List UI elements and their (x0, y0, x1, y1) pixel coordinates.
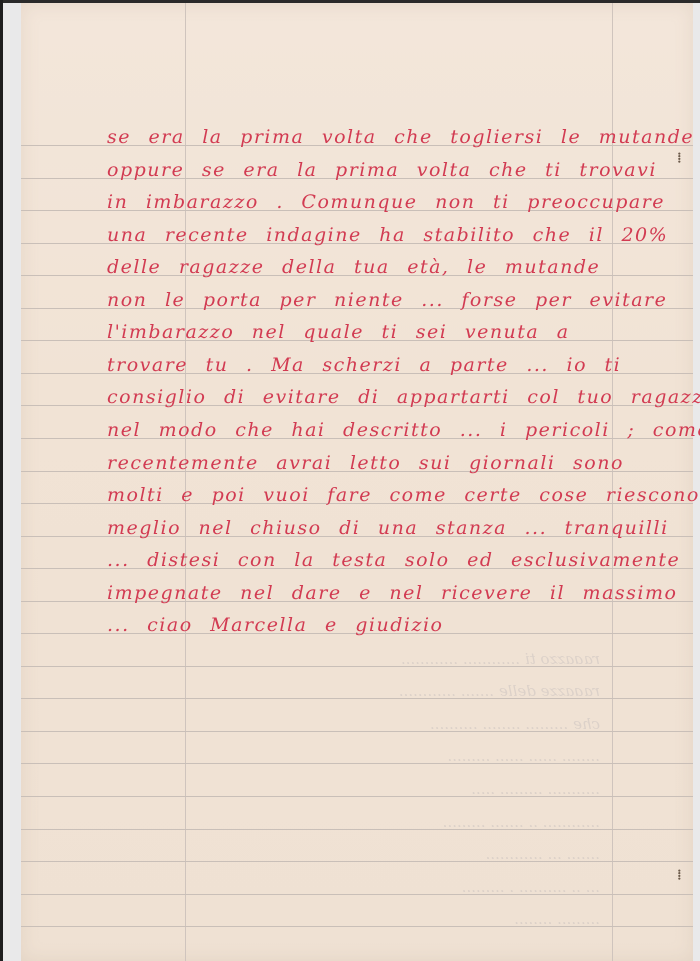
handwritten-line: meglio nel chiuso di una stanza ... tran… (107, 517, 647, 539)
handwritten-line: trovare tu . Ma scherzi a parte ... io t… (107, 354, 647, 376)
ruled-line (21, 666, 693, 667)
ruled-line (21, 829, 693, 830)
ruled-line (21, 698, 693, 699)
bleed-through-text: ........... ......... ..... (120, 780, 600, 794)
handwritten-line: non le porta per niente ... forse per ev… (107, 289, 647, 311)
handwritten-line: nel modo che hai descritto ... i pericol… (107, 419, 647, 441)
bleed-through-text: ............ .. ....... ......... (120, 813, 600, 827)
handwritten-line: molti e poi vuoi fare come certe cose ri… (107, 484, 647, 506)
handwritten-line: delle ragazze della tua età, le mutande (107, 256, 647, 278)
ruled-line (21, 926, 693, 927)
handwritten-line: una recente indagine ha stabilito che il… (107, 224, 647, 246)
ruled-line (21, 894, 693, 895)
handwritten-line: in imbarazzo . Comunque non ti preoccupa… (107, 191, 647, 213)
binder-hole-mark-top: ⁞ (677, 153, 682, 163)
handwritten-line: recentemente avrai letto sui giornali so… (107, 452, 647, 474)
handwritten-line: ... distesi con la testa solo ed esclusi… (107, 549, 647, 571)
handwritten-line: consiglio di evitare di appartarti col t… (107, 386, 647, 408)
handwritten-line: impegnate nel dare e nel ricevere il mas… (107, 582, 647, 604)
handwritten-line: ... ciao Marcella e giudizio (107, 614, 647, 636)
handwritten-line: l'imbarazzo nel quale ti sei venuta a (107, 321, 647, 343)
ruled-line (21, 763, 693, 764)
bleed-through-text: ....... ... ............ (120, 845, 600, 859)
binder-hole-mark-bottom: ⁞ (677, 870, 682, 880)
bleed-through-text: che ......... ........ .......... (120, 715, 600, 729)
bleed-through-text: ... .. .......... . ......... (120, 878, 600, 892)
handwritten-line: se era la prima volta che togliersi le m… (107, 126, 647, 148)
ruled-line (21, 731, 693, 732)
ruled-line (21, 796, 693, 797)
bleed-through-text: ragazze delle ....... ............ (120, 682, 600, 696)
bleed-through-text: ......... ........ (120, 910, 600, 924)
bleed-through-text: ........ ...... ...... ......... (120, 747, 600, 761)
ruled-line (21, 861, 693, 862)
scan-left-edge (0, 0, 3, 961)
bleed-through-text: ragazzo ti ............ ............ (120, 650, 600, 664)
handwritten-line: oppure se era la prima volta che ti trov… (107, 159, 647, 181)
